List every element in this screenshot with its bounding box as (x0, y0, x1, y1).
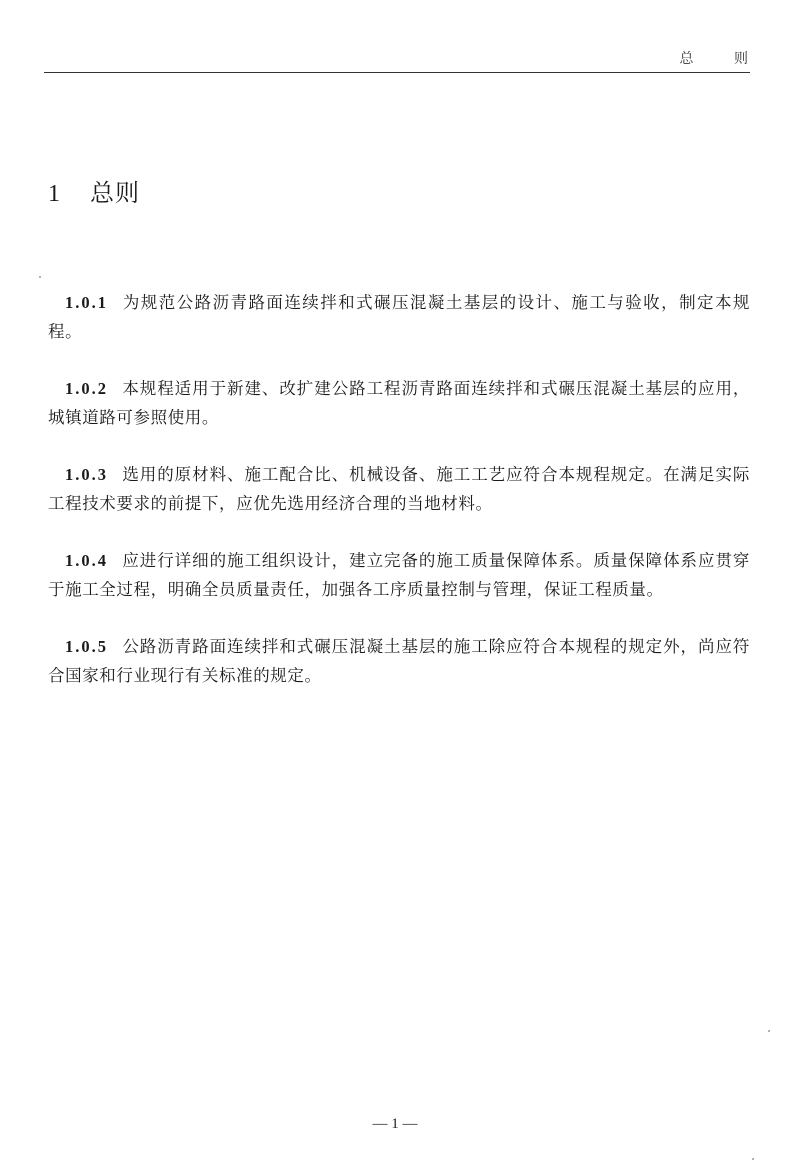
running-header-title: 总 则 (680, 48, 766, 68)
clause-text: 选用的原材料、施工配合比、机械设备、施工工艺应符合本规程规定。在满足实际工程技术… (48, 465, 750, 513)
running-header: 总 则 (44, 44, 750, 73)
clause-number: 1.0.1 (65, 293, 108, 312)
chapter-number: 1 (48, 177, 90, 211)
clause-1-0-2: 1.0.2本规程适用于新建、改扩建公路工程沥青路面连续拌和式碾压混凝土基层的应用… (48, 374, 750, 432)
clause-text: 公路沥青路面连续拌和式碾压混凝土基层的施工除应符合本规程的规定外，尚应符合国家和… (48, 637, 750, 685)
clause-1-0-4: 1.0.4应进行详细的施工组织设计，建立完备的施工质量保障体系。质量保障体系应贯… (48, 546, 750, 604)
clause-1-0-1: 1.0.1为规范公路沥青路面连续拌和式碾压混凝土基层的设计、施工与验收，制定本规… (48, 288, 750, 346)
scan-artifact (752, 1158, 754, 1160)
scan-artifact (39, 276, 41, 278)
clause-number: 1.0.3 (65, 465, 108, 484)
clause-number: 1.0.5 (65, 637, 108, 656)
chapter-title: 总则 (90, 176, 140, 210)
clause-list: 1.0.1为规范公路沥青路面连续拌和式碾压混凝土基层的设计、施工与验收，制定本规… (48, 288, 750, 718)
clause-1-0-5: 1.0.5公路沥青路面连续拌和式碾压混凝土基层的施工除应符合本规程的规定外，尚应… (48, 632, 750, 690)
clause-number: 1.0.2 (65, 379, 108, 398)
clause-text: 本规程适用于新建、改扩建公路工程沥青路面连续拌和式碾压混凝土基层的应用，城镇道路… (48, 379, 750, 427)
scan-artifact (768, 1030, 770, 1032)
chapter-heading: 1总则 (48, 176, 140, 211)
clause-text: 为规范公路沥青路面连续拌和式碾压混凝土基层的设计、施工与验收，制定本规程。 (48, 293, 750, 341)
clause-1-0-3: 1.0.3选用的原材料、施工配合比、机械设备、施工工艺应符合本规程规定。在满足实… (48, 460, 750, 518)
page-number: — 1 — (0, 1116, 790, 1133)
clause-number: 1.0.4 (65, 551, 108, 570)
clause-text: 应进行详细的施工组织设计，建立完备的施工质量保障体系。质量保障体系应贯穿于施工全… (48, 551, 750, 599)
